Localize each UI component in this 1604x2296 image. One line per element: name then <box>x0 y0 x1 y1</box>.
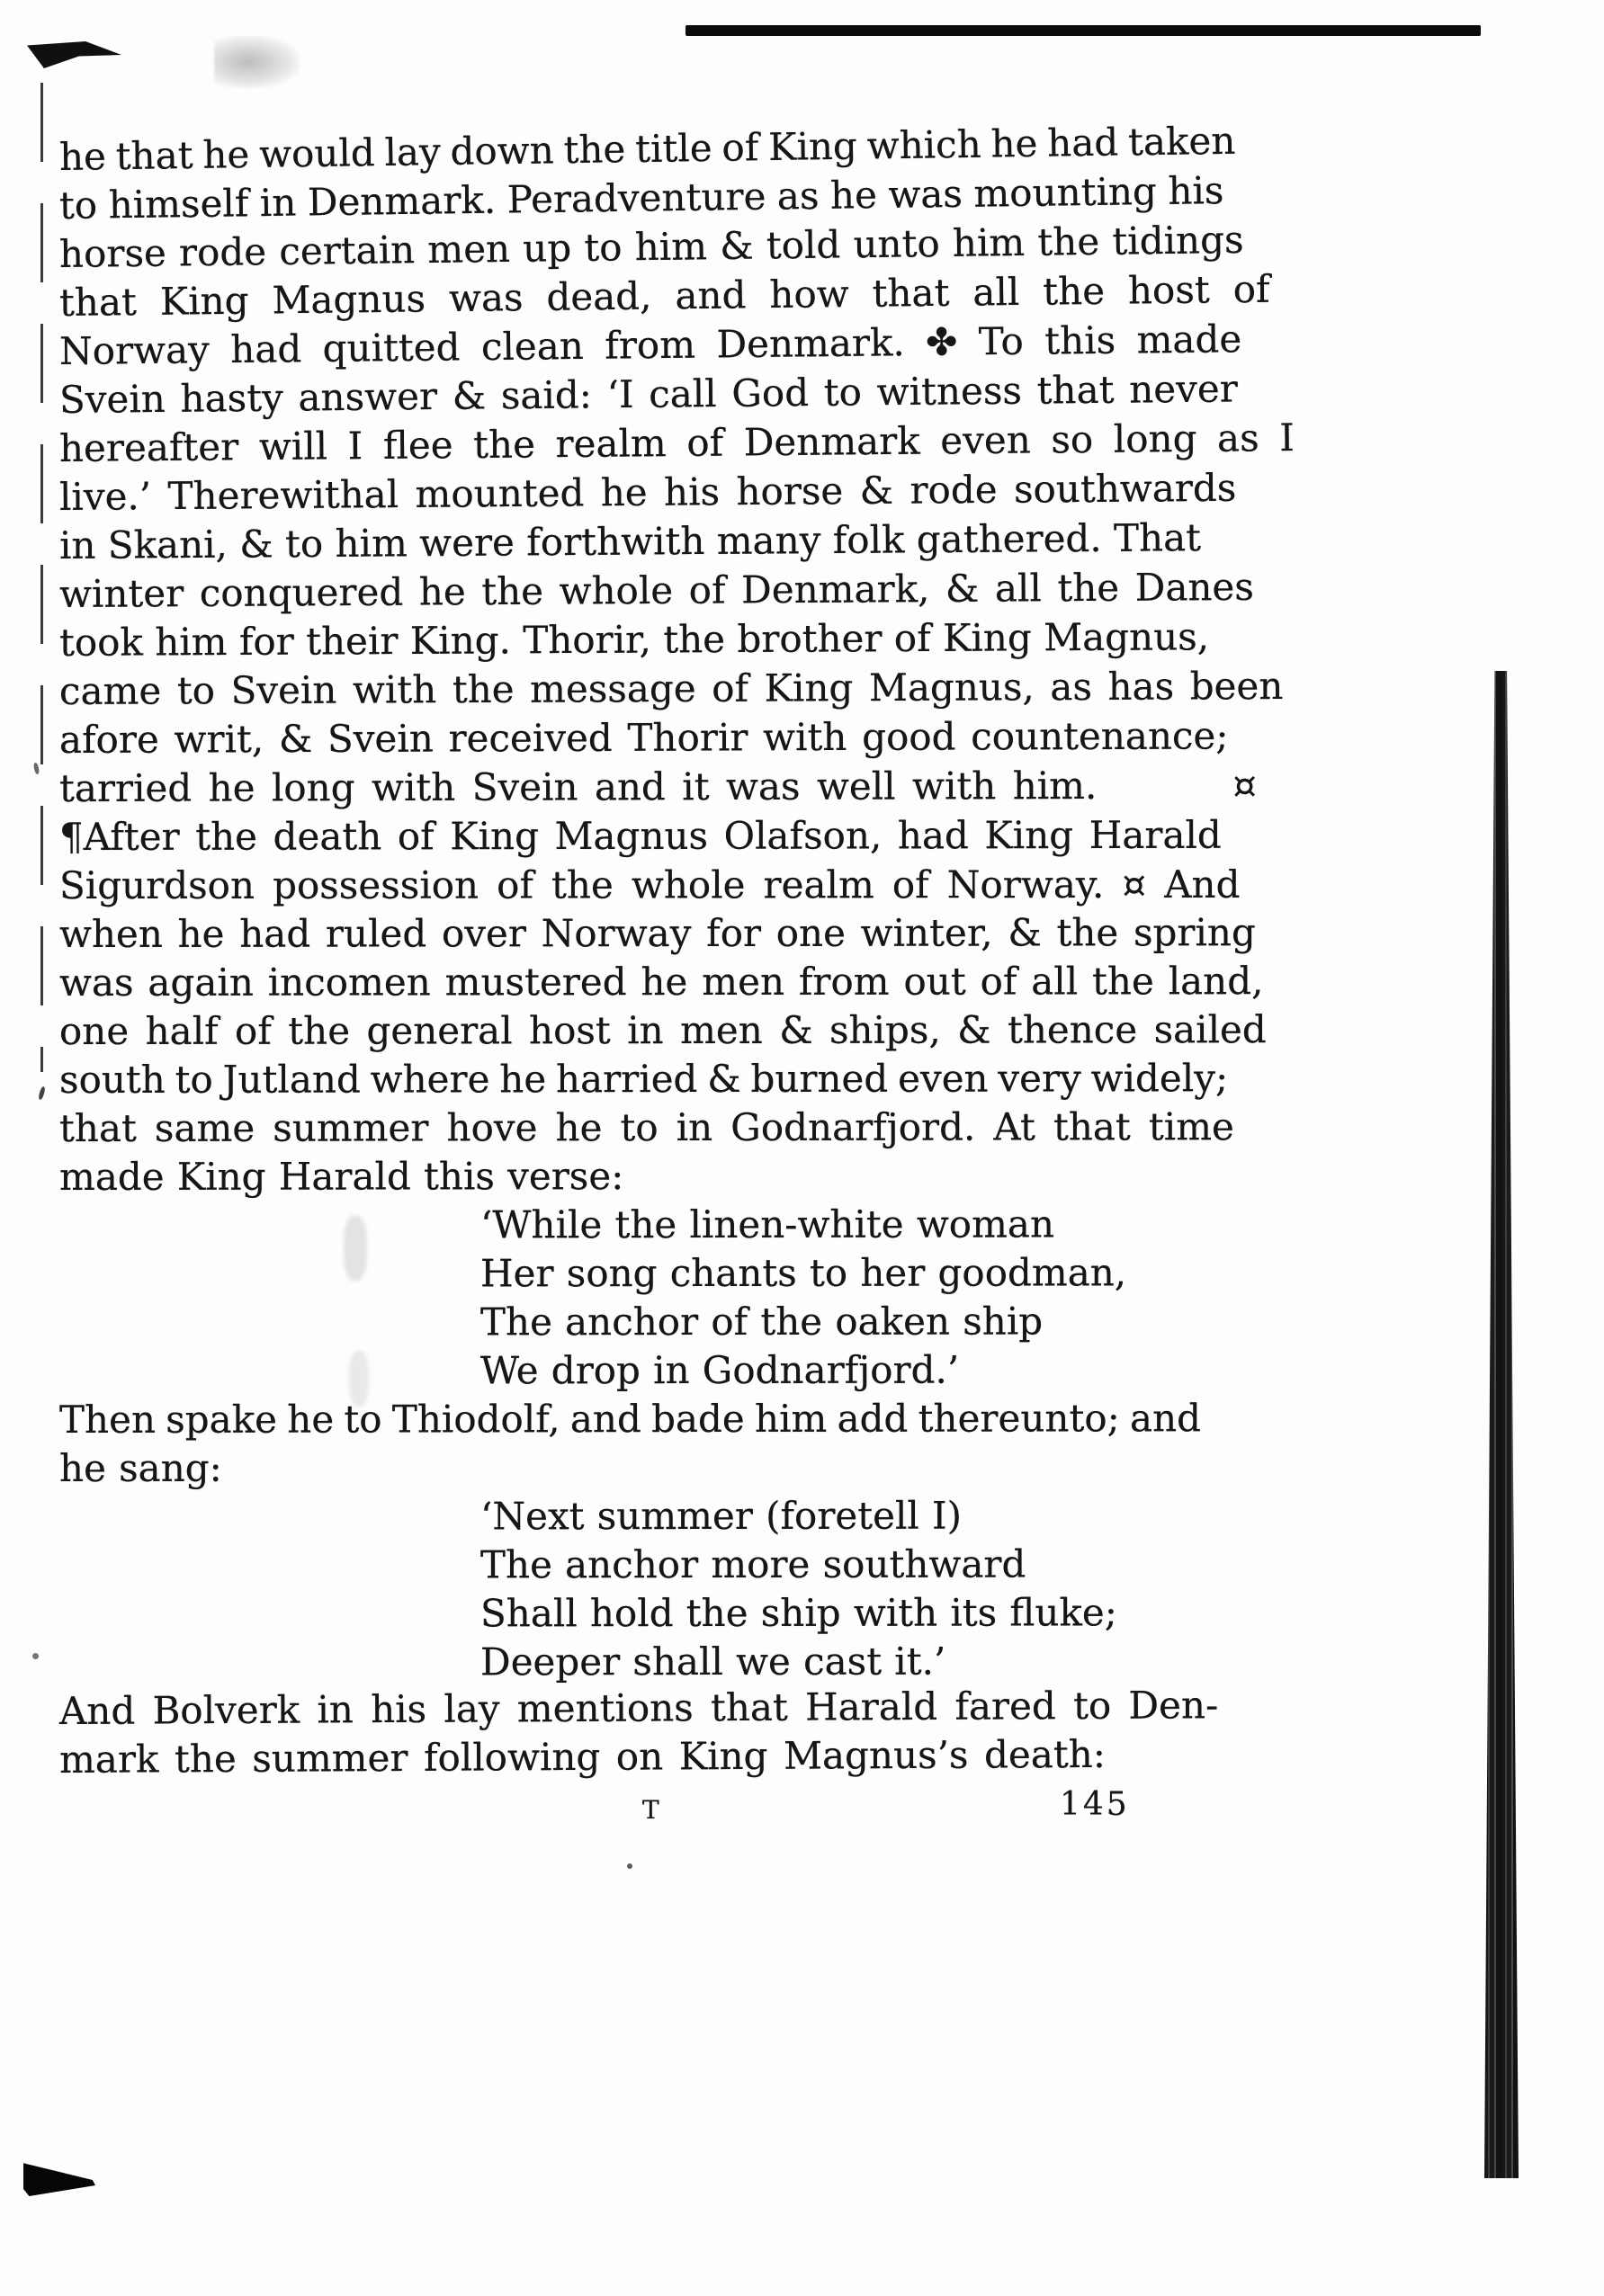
signature-mark: T <box>642 1795 660 1825</box>
scan-artifact-bottom-left-wedge <box>23 2160 95 2196</box>
text-line: made King Harald this verse: <box>59 1151 1269 1202</box>
book-page-scan: he that he would lay down the title of K… <box>0 0 1604 2296</box>
text-line: Then spake he to Thiodolf, and bade him … <box>59 1394 1269 1444</box>
text-line: Sigurdson possession of the whole realm … <box>59 861 1269 910</box>
text-line: We drop in Godnarfjord.’ <box>59 1345 1269 1396</box>
text-line-content: in Skani, & to him were forthwith many f… <box>59 514 1201 570</box>
scan-artifact-gutter-shadow <box>1484 671 1519 2178</box>
text-line: The anchor of the oaken ship <box>59 1297 1269 1347</box>
text-line-content: tarried he long with Svein and it was we… <box>59 762 1097 813</box>
text-line: Shall hold the ship with its fluke; <box>59 1588 1269 1639</box>
text-line: ¶After the death of King Magnus Olafson,… <box>59 811 1269 862</box>
text-line: came to Svein with the message of King M… <box>59 662 1269 716</box>
scan-artifact-margin-tick <box>33 763 40 775</box>
scan-artifact-left-broken-rule <box>40 83 43 1072</box>
text-line: when he had ruled over Norway for one wi… <box>59 908 1269 959</box>
text-line: live.’ Therewithal mounted he his horse … <box>59 463 1269 522</box>
text-line: Her song chants to her goodman, <box>59 1248 1269 1299</box>
text-line-content: We drop in Godnarfjord.’ <box>480 1346 959 1396</box>
text-line-content: afore writ, & Svein received Thorir with… <box>59 711 1229 764</box>
text-line: afore writ, & Svein received Thorir with… <box>59 711 1269 764</box>
text-line-content: winter conquered he the whole of Denmark… <box>59 563 1254 619</box>
text-line-content: ‘While the linen-white woman <box>480 1200 1054 1249</box>
section-mark: ¤ <box>1232 761 1269 809</box>
text-line: tarried he long with Svein and it was we… <box>59 761 1269 813</box>
text-line-content: live.’ Therewithal mounted he his horse … <box>59 464 1237 522</box>
text-line-content: ‘Next summer (foretell I) <box>480 1492 962 1541</box>
text-line-content: Then spake he to Thiodolf, and bade him … <box>59 1394 1201 1444</box>
text-line-content: made King Harald this verse: <box>59 1152 623 1202</box>
text-line: Deeper shall we cast it.’ <box>59 1637 1269 1687</box>
page-number: 145 <box>1060 1786 1130 1823</box>
text-line-content: that same summer hove he to in Godnarfjo… <box>59 1103 1234 1153</box>
text-line: ‘While the linen-white woman <box>59 1200 1269 1250</box>
scan-artifact-margin-tick <box>38 1086 46 1101</box>
page-footer: T 145 <box>59 1786 1269 1840</box>
text-line: south to Jutland where he harried & burn… <box>59 1054 1269 1104</box>
text-line-content: And Bolverk in his lay mentions that Har… <box>59 1681 1218 1736</box>
text-line-content: The anchor more southward <box>480 1541 1026 1590</box>
text-line-content: Her song chants to her goodman, <box>480 1248 1126 1298</box>
scan-artifact-top-left-wedge <box>27 41 121 68</box>
text-line-content: he sang: <box>59 1444 222 1493</box>
text-line-content: Sigurdson possession of the whole realm … <box>59 861 1241 910</box>
text-line: took him for their King. Thorir, the bro… <box>59 612 1269 667</box>
text-line: ‘Next summer (foretell I) <box>59 1491 1269 1541</box>
text-line-content: one half of the general host in men & sh… <box>59 1005 1267 1056</box>
text-line: he sang: <box>59 1443 1269 1493</box>
text-line-content: The anchor of the oaken ship <box>480 1297 1043 1346</box>
text-line-content: Deeper shall we cast it.’ <box>480 1638 945 1687</box>
text-line: mark the summer following on King Magnus… <box>59 1729 1269 1784</box>
text-line: The anchor more southward <box>59 1540 1269 1590</box>
text-line: winter conquered he the whole of Denmark… <box>59 563 1269 619</box>
text-line-content: mark the summer following on King Magnus… <box>59 1730 1106 1784</box>
scan-artifact-stamp-smudge <box>214 36 300 88</box>
text-line: was again incomen mustered he men from o… <box>59 957 1269 1007</box>
scan-artifact-speck <box>627 1863 632 1869</box>
text-line: one half of the general host in men & sh… <box>59 1005 1269 1056</box>
text-line: in Skani, & to him were forthwith many f… <box>59 514 1269 570</box>
text-line-content: came to Svein with the message of King M… <box>59 662 1284 716</box>
text-line-content: ¶After the death of King Magnus Olafson,… <box>59 811 1222 862</box>
text-block: he that he would lay down the title of K… <box>59 133 1269 1784</box>
text-line-content: when he had ruled over Norway for one wi… <box>59 908 1256 959</box>
text-line-content: took him for their King. Thorir, the bro… <box>59 612 1209 667</box>
text-line: that same summer hove he to in Godnarfjo… <box>59 1103 1269 1153</box>
text-line-content: was again incomen mustered he men from o… <box>59 957 1264 1007</box>
text-line: And Bolverk in his lay mentions that Har… <box>59 1681 1269 1736</box>
text-line-content: Shall hold the ship with its fluke; <box>480 1588 1117 1638</box>
scan-artifact-speck <box>32 1653 39 1659</box>
scan-artifact-top-bar <box>686 25 1481 36</box>
text-line-content: south to Jutland where he harried & burn… <box>59 1054 1228 1104</box>
